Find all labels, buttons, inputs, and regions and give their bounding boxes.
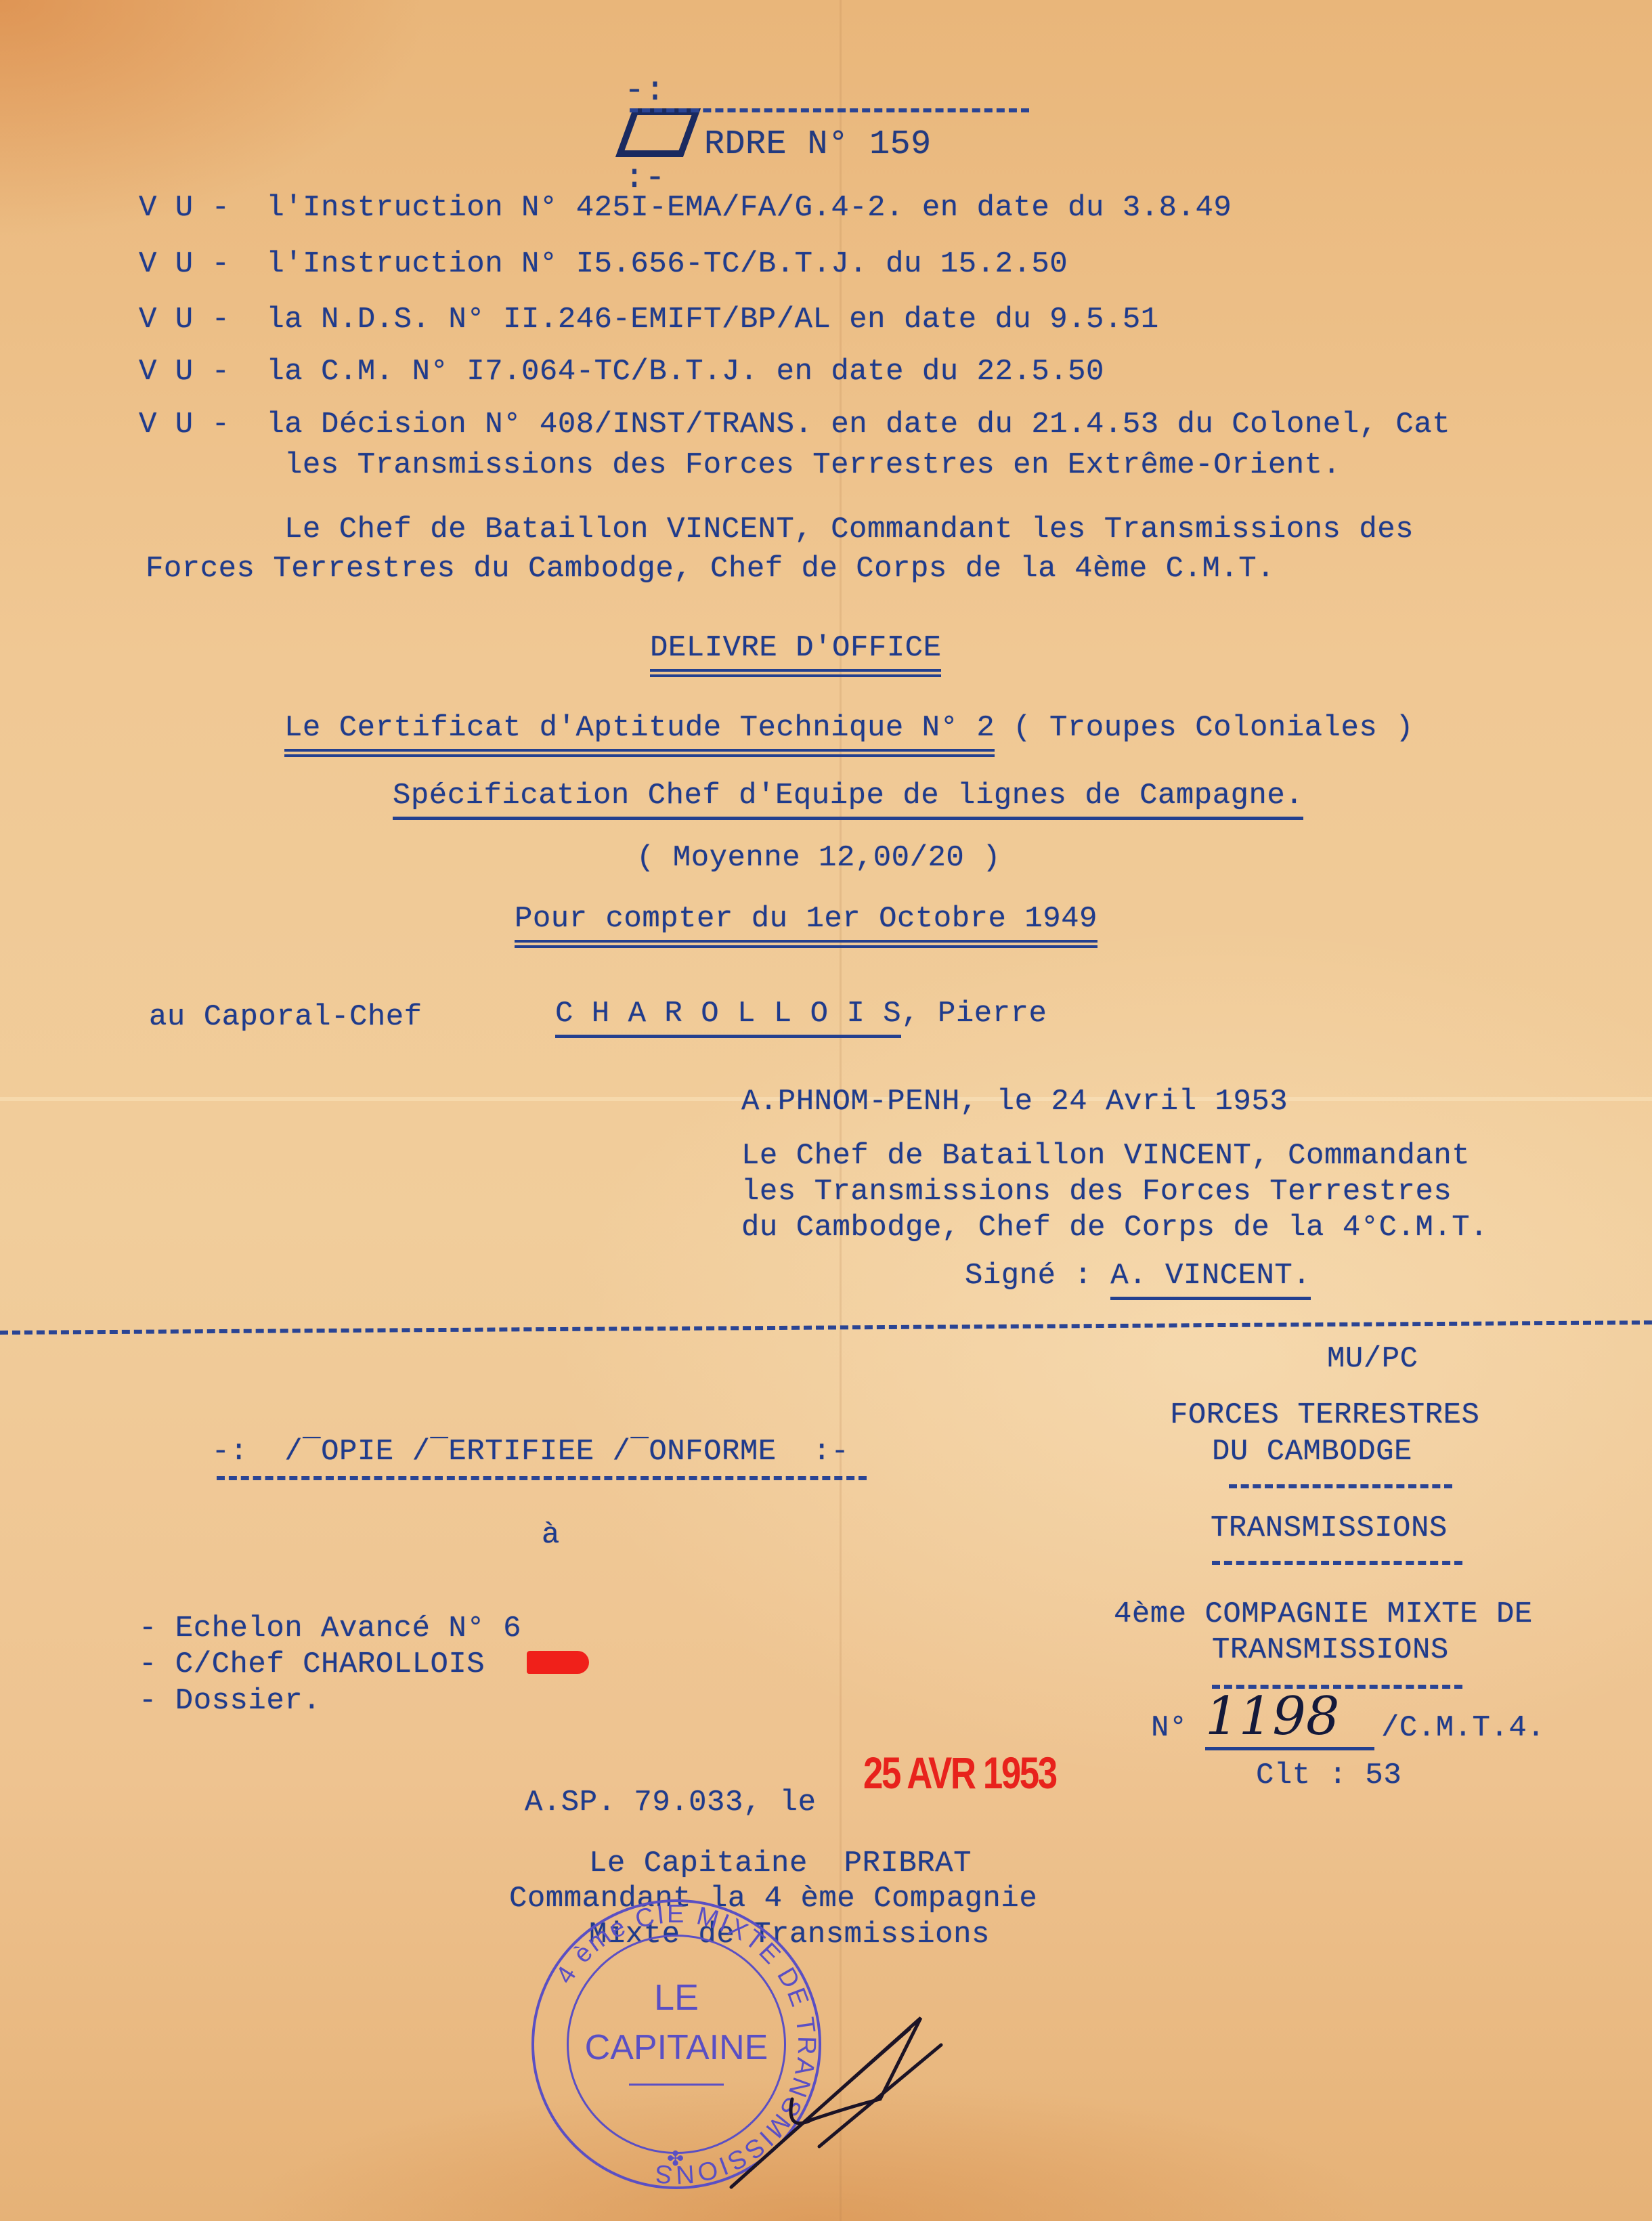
issuer-branch: TRANSMISSIONS — [1211, 1513, 1448, 1543]
distribution-to: à — [542, 1520, 560, 1550]
issuer-org-line-2: DU CAMBODGE — [1212, 1437, 1412, 1467]
copy-title: -: /‾OPIE /‾ERTIFIEE /‾ONFORME :- — [139, 1407, 849, 1496]
specification-line: Spécification Chef d'Equipe de lignes de… — [393, 779, 1303, 820]
issuer-unit-line-1: 4ème COMPAGNIE MIXTE DE — [1114, 1599, 1533, 1629]
issuer-clt: Clt : 53 — [1256, 1761, 1401, 1790]
preamble-line-1: Le Chef de Bataillon VINCENT, Commandant… — [284, 515, 1414, 544]
handwritten-number: 1198 — [1205, 1686, 1374, 1750]
reference-line-4: V U - la C.M. N° I7.064-TC/B.T.J. en dat… — [139, 357, 1104, 387]
stamp-emblem-icon: ✤ — [667, 2147, 684, 2171]
date-stamp-red: 25 AVR 1953 — [863, 1747, 1056, 1798]
order-number: RDRE N° 159 — [704, 125, 932, 164]
signatory-line-1: Le Chef de Bataillon VINCENT, Commandant — [741, 1141, 1470, 1171]
reference-line-3: V U - la N.D.S. N° II.246-EMIFT/BP/AL en… — [139, 305, 1159, 335]
reference-line-5-continuation: les Transmissions des Forces Terrestres … — [284, 450, 1341, 480]
effective-date: Pour compter du 1er Octobre 1949 — [515, 902, 1097, 948]
stamp-center-rule — [629, 2084, 724, 2086]
place-date: A.PHNOM-PENH, le 24 Avril 1953 — [741, 1087, 1288, 1117]
signatory-line-3: du Cambodge, Chef de Corps de la 4°C.M.T… — [741, 1213, 1488, 1243]
issuer-unit-line-2: TRANSMISSIONS — [1212, 1635, 1449, 1665]
issuer-ref: MU/PC — [1327, 1344, 1418, 1374]
distribution-item-2: - C/Chef CHAROLLOIS — [139, 1649, 485, 1679]
issuer-rule-2 — [1212, 1561, 1462, 1565]
average-score: ( Moyenne 12,00/20 ) — [636, 843, 1001, 873]
distribution-item-1: - Echelon Avancé N° 6 — [139, 1614, 521, 1643]
section-separator — [0, 1320, 1652, 1335]
reference-line-5: V U - la Décision N° 408/INST/TRANS. en … — [139, 410, 1450, 439]
recipient-name: C H A R O L L O I S, Pierre — [555, 999, 1047, 1029]
reference-line-1: V U - l'Instruction N° 425I-EMA/FA/G.4-2… — [139, 193, 1232, 223]
certificate-line: Le Certificat d'Aptitude Technique N° 2 … — [284, 713, 1414, 743]
document-page: -: RDRE N° 159 :- V U - l'Instruction N°… — [0, 0, 1652, 2221]
reference-line-2: V U - l'Instruction N° I5.656-TC/B.T.J. … — [139, 249, 1068, 279]
recipient-rank: au Caporal-Chef — [149, 1002, 422, 1032]
handwritten-signature — [718, 2004, 961, 2207]
closing-line-1: Le Capitaine PRIBRAT — [589, 1849, 972, 1878]
closing-place: A.SP. 79.033, le — [525, 1788, 816, 1817]
red-ink-mark — [527, 1651, 589, 1674]
issuer-org-line-1: FORCES TERRESTRES — [1170, 1400, 1479, 1430]
delivre-heading: DELIVRE D'OFFICE — [650, 631, 941, 677]
title-dashed-rule — [630, 108, 1029, 112]
initial-o-box-icon — [615, 108, 701, 157]
signed-by: Signé : A. VINCENT. — [965, 1261, 1311, 1291]
preamble-line-2: Forces Terrestres du Cambodge, Chef de C… — [146, 554, 1275, 584]
distribution-item-3: - Dossier. — [139, 1686, 321, 1716]
issuer-number-label: N° — [1151, 1713, 1188, 1743]
signatory-line-2: les Transmissions des Forces Terrestres — [741, 1177, 1452, 1207]
copy-dashed-rule — [217, 1476, 867, 1480]
issuer-rule-1 — [1229, 1484, 1452, 1488]
issuer-number-suffix: /C.M.T.4. — [1381, 1713, 1545, 1743]
